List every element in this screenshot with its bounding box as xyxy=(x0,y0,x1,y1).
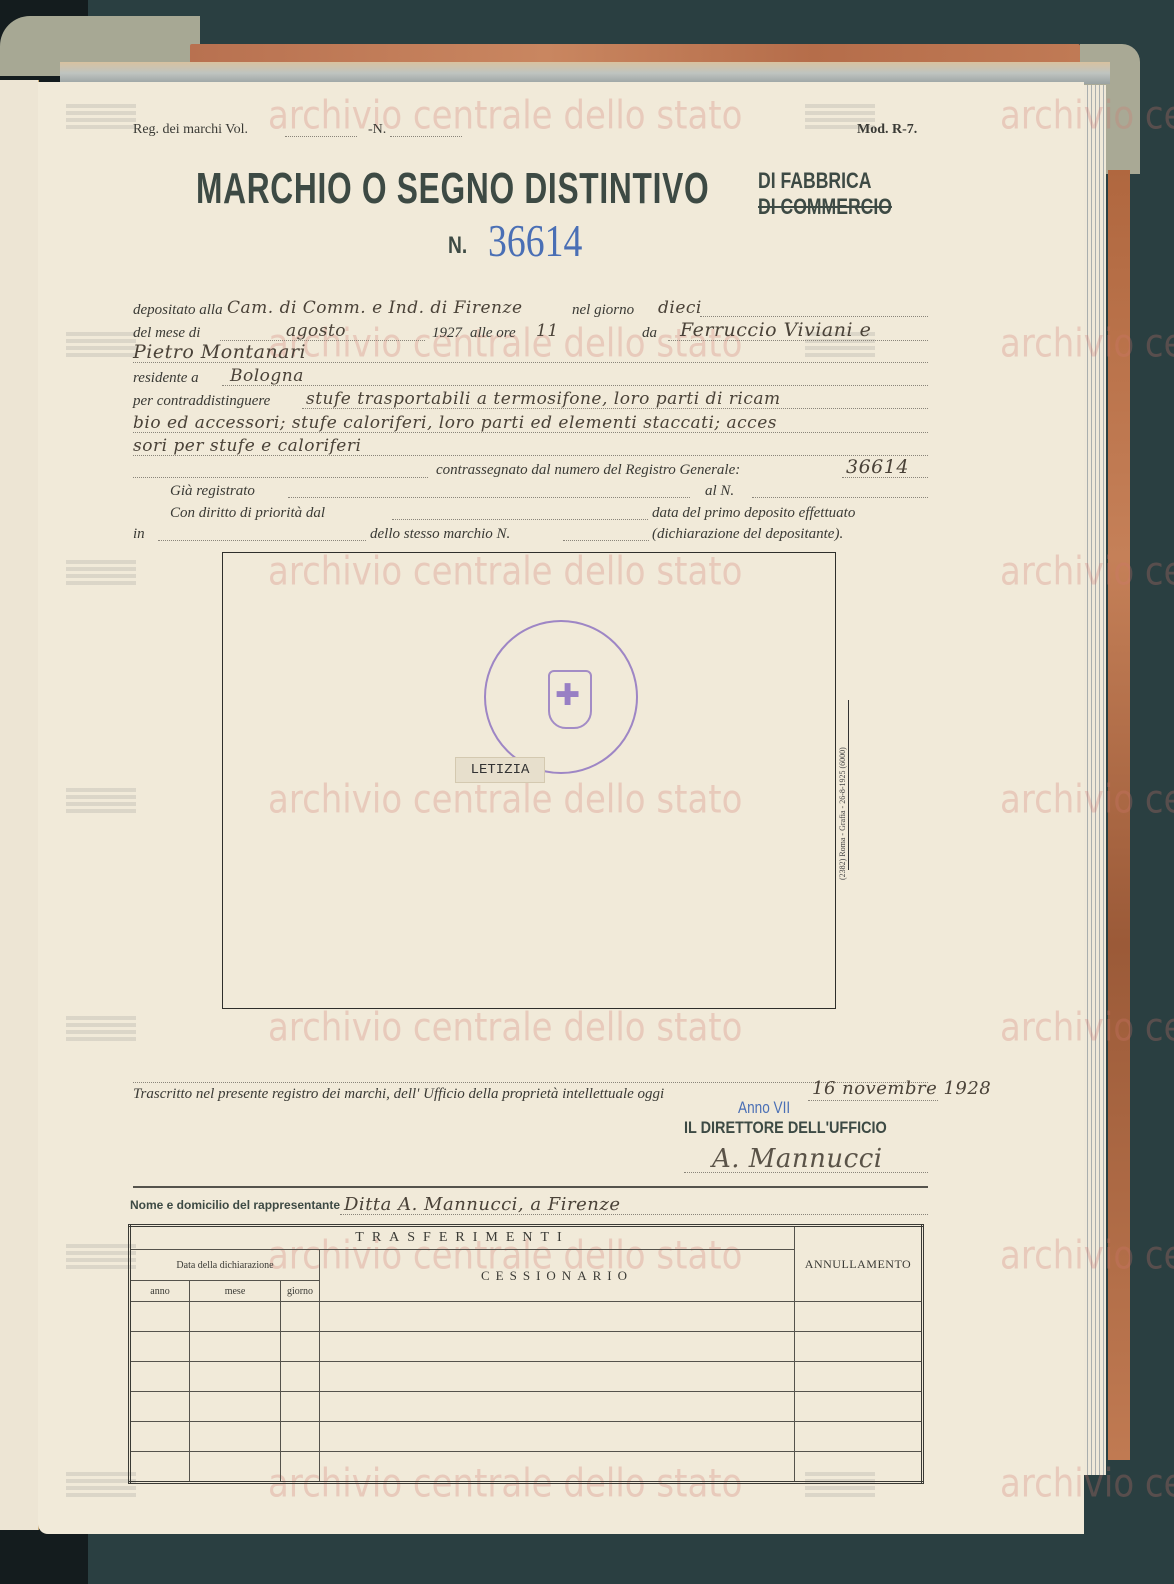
representative-value: Ditta A. Mannucci, a Firenze xyxy=(344,1194,621,1215)
watermark: archivio centrale dello stato xyxy=(1000,1461,1174,1507)
trademark-label: LETIZIA xyxy=(455,757,545,783)
applicant-line2-field xyxy=(133,362,928,363)
month-value: agosto xyxy=(286,321,346,341)
applicant-line1: Ferruccio Viviani e xyxy=(680,319,871,341)
watermark: archivio centrale dello stato xyxy=(1000,321,1174,367)
divider xyxy=(133,1186,928,1188)
mark-type-factory: DI FABBRICA xyxy=(758,168,871,194)
watermark: archivio centrale dello stato xyxy=(1000,93,1174,139)
watermark: archivio centrale dello stato xyxy=(268,1005,742,1051)
purpose-line1: stufe trasportabili a termosifone, loro … xyxy=(306,389,781,409)
watermark-logo-icon xyxy=(66,788,136,814)
volume-field xyxy=(285,136,357,137)
day-value: dieci xyxy=(658,298,702,318)
priority-field xyxy=(392,519,648,520)
residence-label: residente a xyxy=(133,370,199,387)
purpose-line3: sori per stufe e caloriferi xyxy=(133,436,361,456)
table-row xyxy=(130,1422,923,1452)
transfers-table: TRASFERIMENTI ANNULLAMENTO Data della di… xyxy=(128,1224,924,1484)
page-stack-top xyxy=(60,62,1110,84)
residence-field xyxy=(222,385,928,386)
number-prefix: N. xyxy=(448,232,467,260)
register-number-label: -N. xyxy=(368,122,386,138)
register-general-number: 36614 xyxy=(846,456,909,478)
table-row xyxy=(130,1332,923,1362)
representative-label: Nome e domicilio del rappresentante xyxy=(130,1198,340,1212)
same-mark-label: dello stesso marchio N. xyxy=(370,526,510,543)
declaration-date-header: Data della dichiarazione xyxy=(130,1250,320,1281)
same-mark-field xyxy=(563,540,649,541)
register-prefix-field xyxy=(133,477,428,478)
deposited-label: depositato alla xyxy=(133,302,223,319)
al-n-field xyxy=(752,497,928,498)
register-general-label: contrassegnato dal numero del Registro G… xyxy=(436,462,740,479)
watermark: archivio centrale dello stato xyxy=(1000,549,1174,595)
watermark-logo-icon xyxy=(66,1244,136,1270)
in-label: in xyxy=(133,526,145,543)
year-stamp: Anno VII xyxy=(738,1098,790,1118)
printer-note: (2382) Roma - Grafia - 26-8-1925 (6000) xyxy=(838,747,847,880)
from-label: da xyxy=(642,325,657,342)
priority-label: Con diritto di priorità dal xyxy=(170,505,325,522)
watermark-logo-icon xyxy=(66,1016,136,1042)
register-number-field xyxy=(390,136,462,137)
first-deposit-label: data del primo deposito effettuato xyxy=(652,505,855,522)
table-row xyxy=(130,1362,923,1392)
applicant-field xyxy=(668,340,928,341)
register-volume-label: Reg. dei marchi Vol. xyxy=(133,122,248,138)
representative-field xyxy=(340,1214,928,1215)
mark-number: 36614 xyxy=(488,214,582,267)
al-n-label: al N. xyxy=(705,483,734,500)
watermark: archivio centrale dello stato xyxy=(1000,1005,1174,1051)
month-header: mese xyxy=(190,1281,281,1302)
purpose-label: per contraddistinguere xyxy=(133,393,270,410)
transcription-date: 16 novembre 1928 xyxy=(812,1078,991,1099)
signature-field xyxy=(684,1172,928,1173)
model-code: Mod. R-7. xyxy=(857,122,917,138)
facing-page xyxy=(0,80,39,1530)
year-header: anno xyxy=(130,1281,190,1302)
transfers-title: TRASFERIMENTI xyxy=(130,1226,795,1250)
savoy-cross-icon: ✚ xyxy=(555,678,580,713)
watermark-logo-icon xyxy=(66,332,136,358)
day-header: giorno xyxy=(281,1281,320,1302)
register-general-field xyxy=(842,477,928,478)
mark-type-commerce: DI COMMERCIO xyxy=(758,194,892,220)
purpose-field xyxy=(133,455,928,456)
divider xyxy=(133,1082,928,1083)
cancellation-header: ANNULLAMENTO xyxy=(795,1226,923,1302)
watermark: archivio centrale dello stato xyxy=(1000,777,1174,823)
already-registered-field xyxy=(288,497,690,498)
director-label: IL DIRETTORE DELL'UFFICIO xyxy=(684,1118,887,1138)
transcription-date-field xyxy=(808,1100,938,1101)
table-row xyxy=(130,1302,923,1332)
table-row xyxy=(130,1392,923,1422)
watermark-logo-icon xyxy=(66,1472,136,1498)
month-label: del mese di xyxy=(133,325,200,342)
in-field xyxy=(158,540,366,541)
day-label: nel giorno xyxy=(572,302,634,319)
chamber-value: Cam. di Comm. e Ind. di Firenze xyxy=(227,298,523,318)
day-field xyxy=(700,316,928,317)
applicant-line2: Pietro Montanari xyxy=(133,341,306,363)
purpose-field xyxy=(133,432,928,433)
hour-label: alle ore xyxy=(470,325,516,342)
document-title: MARCHIO O SEGNO DISTINTIVO xyxy=(196,164,709,214)
watermark: archivio centrale dello stato xyxy=(1000,1233,1174,1279)
watermark-logo-icon xyxy=(66,104,136,130)
watermark-logo-icon xyxy=(66,560,136,586)
director-signature: A. Mannucci xyxy=(712,1144,883,1174)
transcription-text: Trascritto nel presente registro dei mar… xyxy=(133,1086,664,1103)
residence-value: Bologna xyxy=(230,366,304,386)
purpose-field xyxy=(302,408,928,409)
already-registered-label: Già registrato xyxy=(170,483,255,500)
declaration-label: (dichiarazione del depositante). xyxy=(652,526,843,543)
purpose-line2: bio ed accessori; stufe caloriferi, loro… xyxy=(133,413,777,433)
table-row xyxy=(130,1452,923,1483)
year-value: 1927 xyxy=(432,325,462,342)
hour-value: 11 xyxy=(536,321,559,341)
watermark: archivio centrale dello stato xyxy=(268,93,742,139)
assignee-header: CESSIONARIO xyxy=(320,1250,795,1302)
printer-divider xyxy=(848,700,849,870)
